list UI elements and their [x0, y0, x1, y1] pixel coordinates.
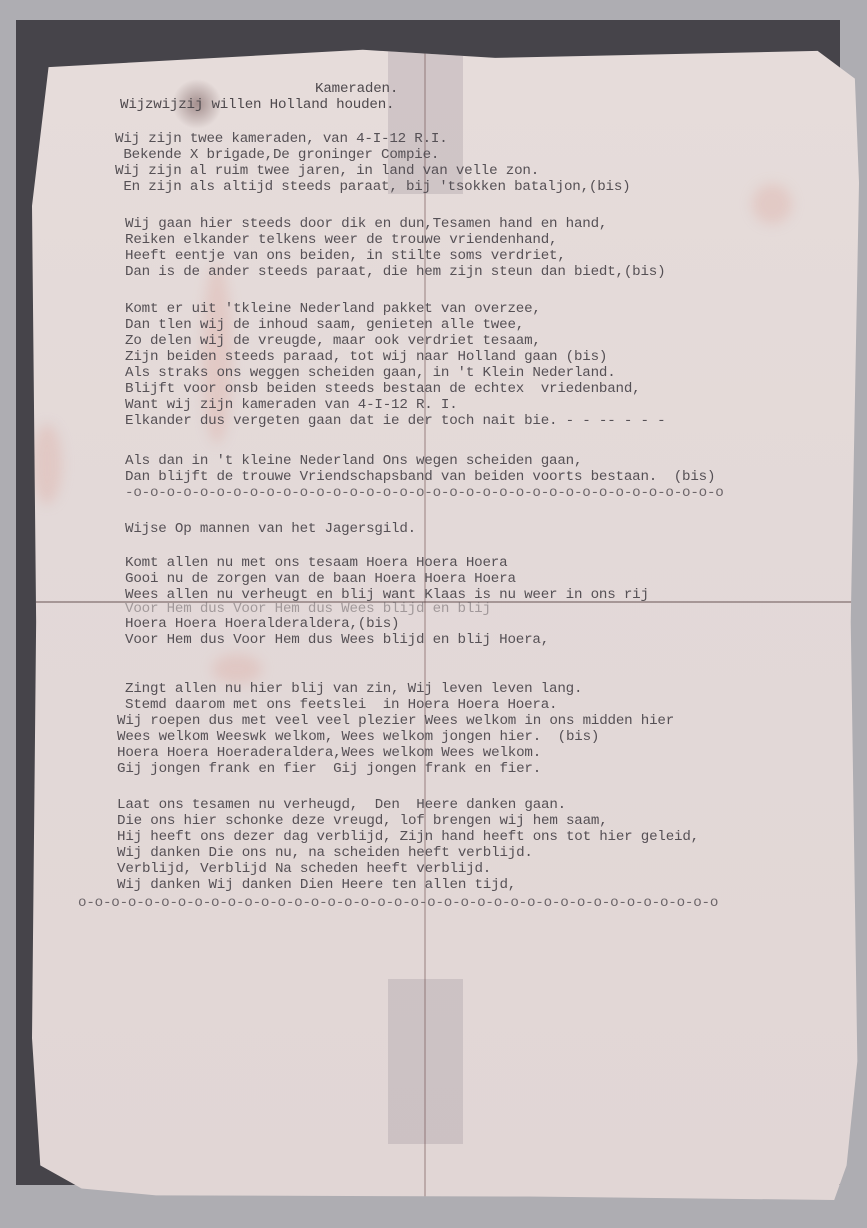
verse-line: Heeft eentje van ons beiden, in stilte s… [125, 249, 566, 265]
verse-line: Hoera Hoera Hoeralderaldera,(bis) [125, 617, 399, 633]
verse-line: Gooi nu de zorgen van de baan Hoera Hoer… [125, 572, 516, 588]
verse-line: Wij roepen dus met veel veel plezier Wee… [117, 714, 674, 730]
verse-line: Blijft voor onsb beiden steeds bestaan d… [125, 382, 640, 398]
verse-line: Zijn beiden steeds paraad, tot wij naar … [125, 350, 607, 366]
melody-line: Wijzwijzij willen Holland houden. [120, 98, 394, 114]
separator-line: -o-o-o-o-o-o-o-o-o-o-o-o-o-o-o-o-o-o-o-o… [125, 486, 724, 502]
verse-line: Want wij zijn kameraden van 4-I-12 R. I. [125, 398, 458, 414]
verse-line: Wij gaan hier steeds door dik en dun,Tes… [125, 217, 607, 233]
verse-line: Laat ons tesamen nu verheugd, Den Heere … [117, 798, 566, 814]
song-text: Kameraden. Wijzwijzij willen Holland hou… [32, 44, 859, 1200]
verse-line: Wij zijn twee kameraden, van 4-I-12 R.I. [115, 132, 448, 148]
verse-line: Komt allen nu met ons tesaam Hoera Hoera… [125, 556, 507, 572]
verse-line: Dan is de ander steeds paraat, die hem z… [125, 265, 665, 281]
melody-line: Wijse Op mannen van het Jagersgild. [125, 522, 416, 538]
verse-line: En zijn als altijd steeds paraat, bij 't… [115, 180, 630, 196]
verse-line: Dan tlen wij de inhoud saam, genieten al… [125, 318, 524, 334]
verse-line: Wij zijn al ruim twee jaren, in land van… [115, 164, 539, 180]
separator-line: o-o-o-o-o-o-o-o-o-o-o-o-o-o-o-o-o-o-o-o-… [78, 896, 718, 912]
verse-line: Bekende X brigade,De groninger Compie. [115, 148, 439, 164]
verse-line: Zingt allen nu hier blij van zin, Wij le… [125, 682, 582, 698]
verse-line: Wij danken Die ons nu, na scheiden heeft… [117, 846, 533, 862]
verse-line: Voor Hem dus Voor Hem dus Wees blijd en … [125, 633, 549, 649]
verse-line: Verblijd, Verblijd Na scheden heeft verb… [117, 862, 491, 878]
verse-line: Als straks ons weggen scheiden gaan, in … [125, 366, 616, 382]
verse-line: Elkander dus vergeten gaan dat ie der to… [125, 414, 665, 430]
verse-line: Hoera Hoera Hoeraderaldera,Wees welkom W… [117, 746, 541, 762]
verse-line: Als dan in 't kleine Nederland Ons wegen… [125, 454, 582, 470]
verse-line: Wij danken Wij danken Dien Heere ten all… [117, 878, 516, 894]
song-title: Kameraden. [315, 82, 398, 98]
verse-line: Komt er uit 'tkleine Nederland pakket va… [125, 302, 541, 318]
verse-line: Gij jongen frank en fier Gij jongen fran… [117, 762, 541, 778]
verse-line: Zo delen wij de vreugde, maar ook verdri… [125, 334, 541, 350]
verse-line: Die ons hier schonke deze vreugd, lof br… [117, 814, 608, 830]
verse-line: Hij heeft ons dezer dag verblijd, Zijn h… [117, 830, 699, 846]
verse-line: Reiken elkander telkens weer de trouwe v… [125, 233, 557, 249]
verse-line: Wees welkom Weeswk welkom, Wees welkom j… [117, 730, 599, 746]
verse-line: Dan blijft de trouwe Vriendschapsband va… [125, 470, 715, 486]
verse-line: Stemd daarom met ons feetslei in Hoera H… [125, 698, 557, 714]
typewritten-page: Kameraden. Wijzwijzij willen Holland hou… [32, 44, 859, 1200]
